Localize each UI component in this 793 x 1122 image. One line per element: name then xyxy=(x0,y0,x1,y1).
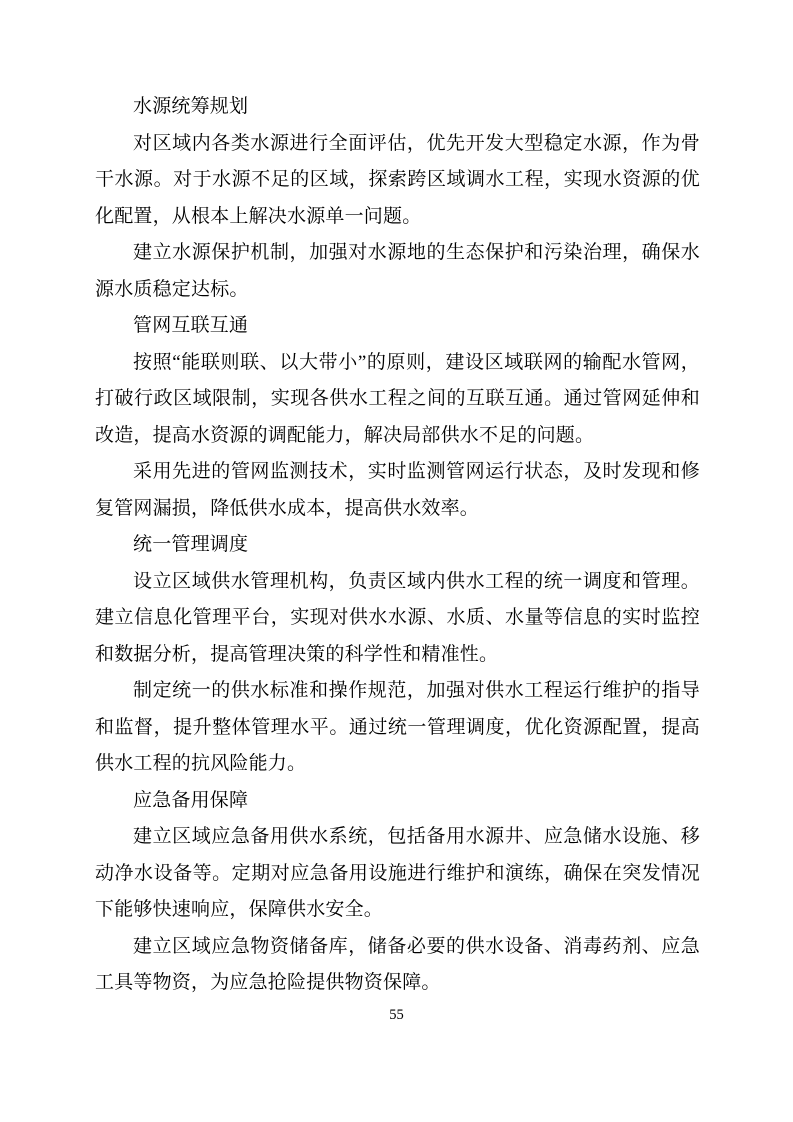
section-heading: 应急备用保障 xyxy=(95,783,700,820)
text-paragraph: 建立水源保护机制，加强对水源地的生态保护和污染治理，确保水源水质稳定达标。 xyxy=(95,235,700,308)
text-paragraph: 建立区域应急物资储备库，储备必要的供水设备、消毒药剂、应急工具等物资，为应急抢险… xyxy=(95,929,700,1002)
text-paragraph: 制定统一的供水标准和操作规范，加强对供水工程运行维护的指导和监督，提升整体管理水… xyxy=(95,673,700,783)
text-paragraph: 采用先进的管网监测技术，实时监测管网运行状态，及时发现和修复管网漏损，降低供水成… xyxy=(95,454,700,527)
document-page: 水源统筹规划 对区域内各类水源进行全面评估，优先开发大型稳定水源，作为骨干水源。… xyxy=(0,0,793,1122)
text-paragraph: 按照“能联则联、以大带小”的原则，建设区域联网的输配水管网，打破行政区域限制，实… xyxy=(95,345,700,455)
section-heading: 统一管理调度 xyxy=(95,527,700,564)
text-paragraph: 建立区域应急备用供水系统，包括备用水源井、应急储水设施、移动净水设备等。定期对应… xyxy=(95,819,700,929)
text-paragraph: 设立区域供水管理机构，负责区域内供水工程的统一调度和管理。建立信息化管理平台，实… xyxy=(95,564,700,674)
section-heading: 水源统筹规划 xyxy=(95,89,700,126)
text-paragraph: 对区域内各类水源进行全面评估，优先开发大型稳定水源，作为骨干水源。对于水源不足的… xyxy=(95,126,700,236)
document-body: 水源统筹规划 对区域内各类水源进行全面评估，优先开发大型稳定水源，作为骨干水源。… xyxy=(95,89,700,1002)
page-number: 55 xyxy=(0,1005,793,1025)
section-heading: 管网互联互通 xyxy=(95,308,700,345)
